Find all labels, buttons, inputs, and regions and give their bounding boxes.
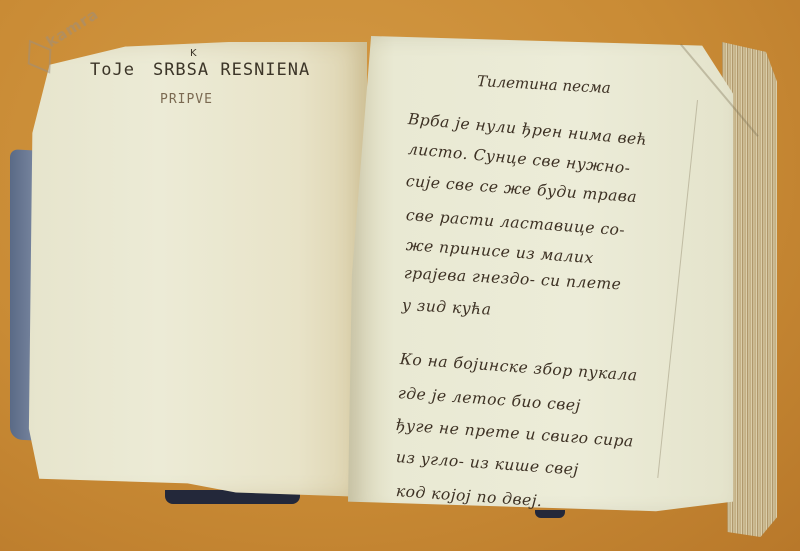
left-page	[22, 42, 367, 497]
notebook-photo: kamra K ToJeSRBSA RESNIENA PRIPVE Тилети…	[0, 0, 800, 551]
cover-bottom-edge-right	[535, 510, 565, 518]
watermark-text: kamra	[43, 5, 102, 51]
title-part-1: ToJe	[90, 60, 135, 80]
left-page-title: ToJeSRBSA RESNIENA	[90, 60, 310, 80]
title-insert-mark: K	[190, 48, 197, 59]
left-page-subtitle: PRIPVE	[160, 92, 213, 107]
title-part-2: SRBSA RESNIENA	[153, 60, 310, 80]
